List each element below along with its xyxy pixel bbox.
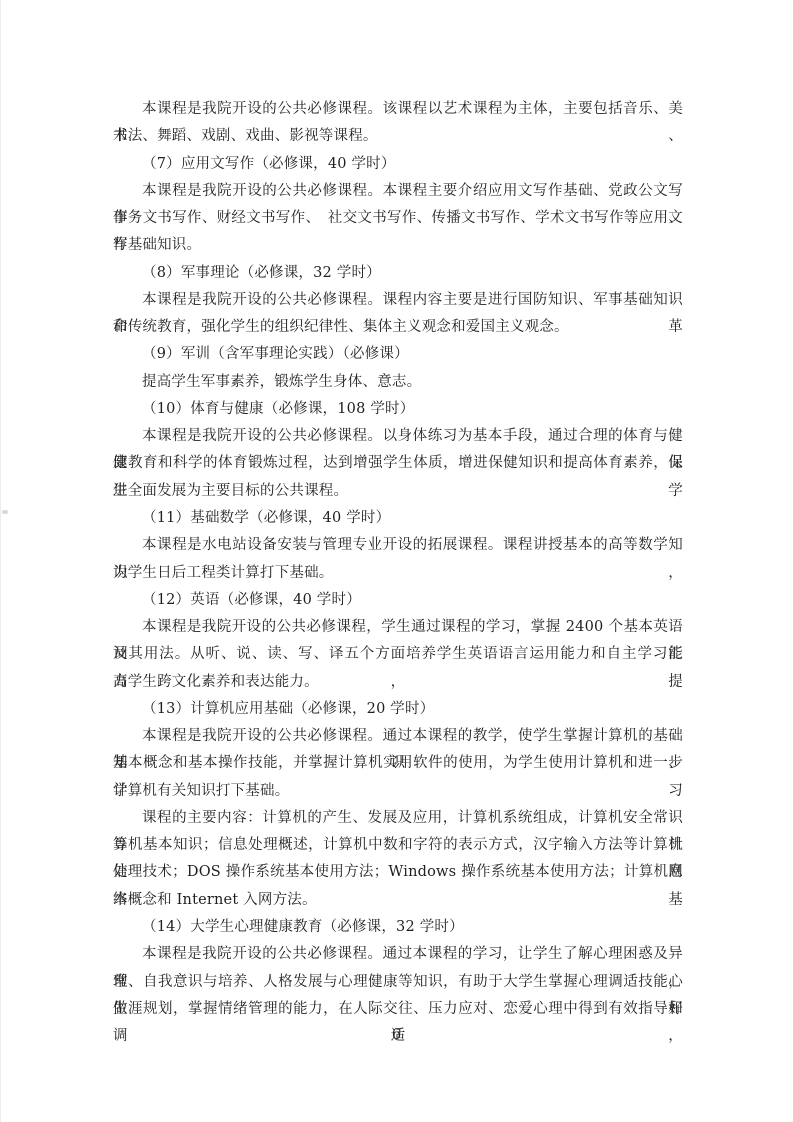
text-line: 算机基本知识；信息处理概述，计算机中数和字符的表示方式，汉字输入方法等计算机信息 bbox=[113, 832, 683, 859]
text-line: 提高学生军事素养，锻炼学生身体、意志。 bbox=[113, 369, 683, 396]
text-line: 本课程是我院开设的公共必修课程。通过本课程的学习，让学生了解心理困惑及异常心 bbox=[113, 941, 683, 968]
text-line: （7）应用文写作（必修课，40 学时） bbox=[113, 151, 683, 178]
text-line: 本课程是我院开设的公共必修课程。通过本课程的教学，使学生掌握计算机的基础知识、 bbox=[113, 723, 683, 750]
text-line: 本课程是我院开设的公共必修课程。课程内容主要是进行国防知识、军事基础知识和革 bbox=[113, 287, 683, 314]
text-line: 作基础知识。 bbox=[113, 232, 683, 259]
text-line: （12）英语（必修课，40 学时） bbox=[113, 587, 683, 614]
text-line: 课程的主要内容：计算机的产生、发展及应用，计算机系统组成，计算机安全常识等计 bbox=[113, 805, 683, 832]
text-line: 本课程是我院开设的公共必修课程。以身体练习为基本手段，通过合理的体育与健康保 bbox=[113, 423, 683, 450]
text-line: 本课程是我院开设的公共必修课程，学生通过课程的学习，掌握 2400 个基本英语词… bbox=[113, 614, 683, 641]
text-line: （10）体育与健康（必修课，108 学时） bbox=[113, 396, 683, 423]
text-lines: 本课程是我院开设的公共必修课程。该课程以艺术课程为主体，主要包括音乐、美术、书法… bbox=[113, 96, 683, 1023]
text-line: 处理技术；DOS 操作系统基本使用方法；Windows 操作系统基本使用方法；计… bbox=[113, 859, 683, 886]
document-page: 本课程是我院开设的公共必修课程。该课程以艺术课程为主体，主要包括音乐、美术、书法… bbox=[0, 0, 793, 1122]
text-line: 健教育和科学的体育锻炼过程，达到增强学生体质，增进保健知识和提高体育素养，促进学 bbox=[113, 450, 683, 477]
text-line: 及其用法。从听、说、读、写、译五个方面培养学生英语语言运用能力和自主学习能力，提 bbox=[113, 641, 683, 668]
text-line: 理、自我意识与培养、人格发展与心理健康等知识，有助于大学生掌握心理调适技能，做好 bbox=[113, 969, 683, 996]
text-line: （14）大学生心理健康教育（必修课，32 学时） bbox=[113, 914, 683, 941]
scan-artifact bbox=[2, 510, 8, 514]
text-line: 本课程是我院开设的公共必修课程。本课程主要介绍应用文写作基础、党政公文写作、 bbox=[113, 178, 683, 205]
text-line: 基本概念和基本操作技能，并掌握计算机实用软件的使用，为学生使用计算机和进一步学习 bbox=[113, 750, 683, 777]
text-line: （8）军事理论（必修课，32 学时） bbox=[113, 260, 683, 287]
text-line: （11）基础数学（必修课，40 学时） bbox=[113, 505, 683, 532]
text-line: 事务文书写作、财经文书写作、 社交文书写作、传播文书写作、学术文书写作等应用文写 bbox=[113, 205, 683, 232]
text-line: （9）军训（含军事理论实践）（必修课） bbox=[113, 341, 683, 368]
text-line: 本课程是我院开设的公共必修课程。该课程以艺术课程为主体，主要包括音乐、美术、 bbox=[113, 96, 683, 123]
scan-edge bbox=[0, 0, 1, 1122]
text-line: 生涯规划，掌握情绪管理的能力，在人际交往、压力应对、恋爱心理中得到有效指导和调适… bbox=[113, 996, 683, 1023]
page-number: 6 bbox=[0, 1025, 793, 1045]
text-line: （13）计算机应用基础（必修课，20 学时） bbox=[113, 696, 683, 723]
text-line: 本课程是水电站设备安装与管理专业开设的拓展课程。课程讲授基本的高等数学知识， bbox=[113, 532, 683, 559]
